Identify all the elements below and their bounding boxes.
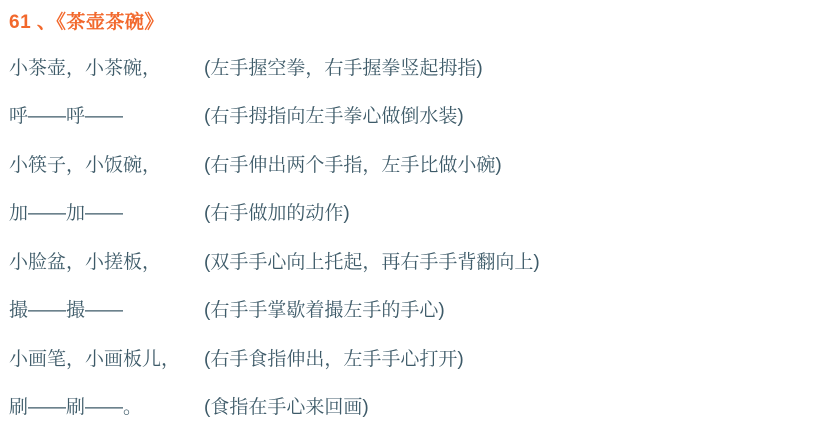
- page-title: 61 、《茶壶茶碗》: [9, 12, 807, 34]
- rhyme-line: 刷——刷——。 (食指在手心来回画): [9, 382, 807, 431]
- rhyme-line: 小画笔，小画板儿， (右手食指伸出，左手手心打开): [9, 333, 807, 382]
- lyric-text: 小筷子，小饭碗，: [9, 150, 204, 177]
- lyric-text: 小茶壶，小茶碗，: [9, 53, 204, 80]
- action-text: (双手手心向上托起，再右手手背翻向上): [204, 247, 807, 274]
- rhyme-lines: 小茶壶，小茶碗， (左手握空拳，右手握拳竖起拇指) 呼——呼—— (右手拇指向左…: [9, 42, 807, 430]
- rhyme-line: 呼——呼—— (右手拇指向左手拳心做倒水装): [9, 91, 807, 140]
- lyric-text: 撮——撮——: [9, 295, 204, 322]
- rhyme-line: 小茶壶，小茶碗， (左手握空拳，右手握拳竖起拇指): [9, 42, 807, 91]
- action-text: (右手伸出两个手指，左手比做小碗): [204, 150, 807, 177]
- lyric-text: 加——加——: [9, 198, 204, 225]
- action-text: (左手握空拳，右手握拳竖起拇指): [204, 53, 807, 80]
- rhyme-line: 撮——撮—— (右手手掌歇着撮左手的手心): [9, 285, 807, 334]
- rhyme-line: 加——加—— (右手做加的动作): [9, 188, 807, 237]
- rhyme-document-page: 61 、《茶壶茶碗》 小茶壶，小茶碗， (左手握空拳，右手握拳竖起拇指) 呼——…: [0, 0, 817, 445]
- action-text: (食指在手心来回画): [204, 392, 807, 419]
- action-text: (右手拇指向左手拳心做倒水装): [204, 101, 807, 128]
- action-text: (右手食指伸出，左手手心打开): [204, 344, 807, 371]
- rhyme-line: 小筷子，小饭碗， (右手伸出两个手指，左手比做小碗): [9, 139, 807, 188]
- lyric-text: 小画笔，小画板儿，: [9, 344, 204, 371]
- action-text: (右手手掌歇着撮左手的手心): [204, 295, 807, 322]
- lyric-text: 刷——刷——。: [9, 392, 204, 419]
- action-text: (右手做加的动作): [204, 198, 807, 225]
- rhyme-line: 小脸盆，小搓板， (双手手心向上托起，再右手手背翻向上): [9, 236, 807, 285]
- lyric-text: 呼——呼——: [9, 101, 204, 128]
- lyric-text: 小脸盆，小搓板，: [9, 247, 204, 274]
